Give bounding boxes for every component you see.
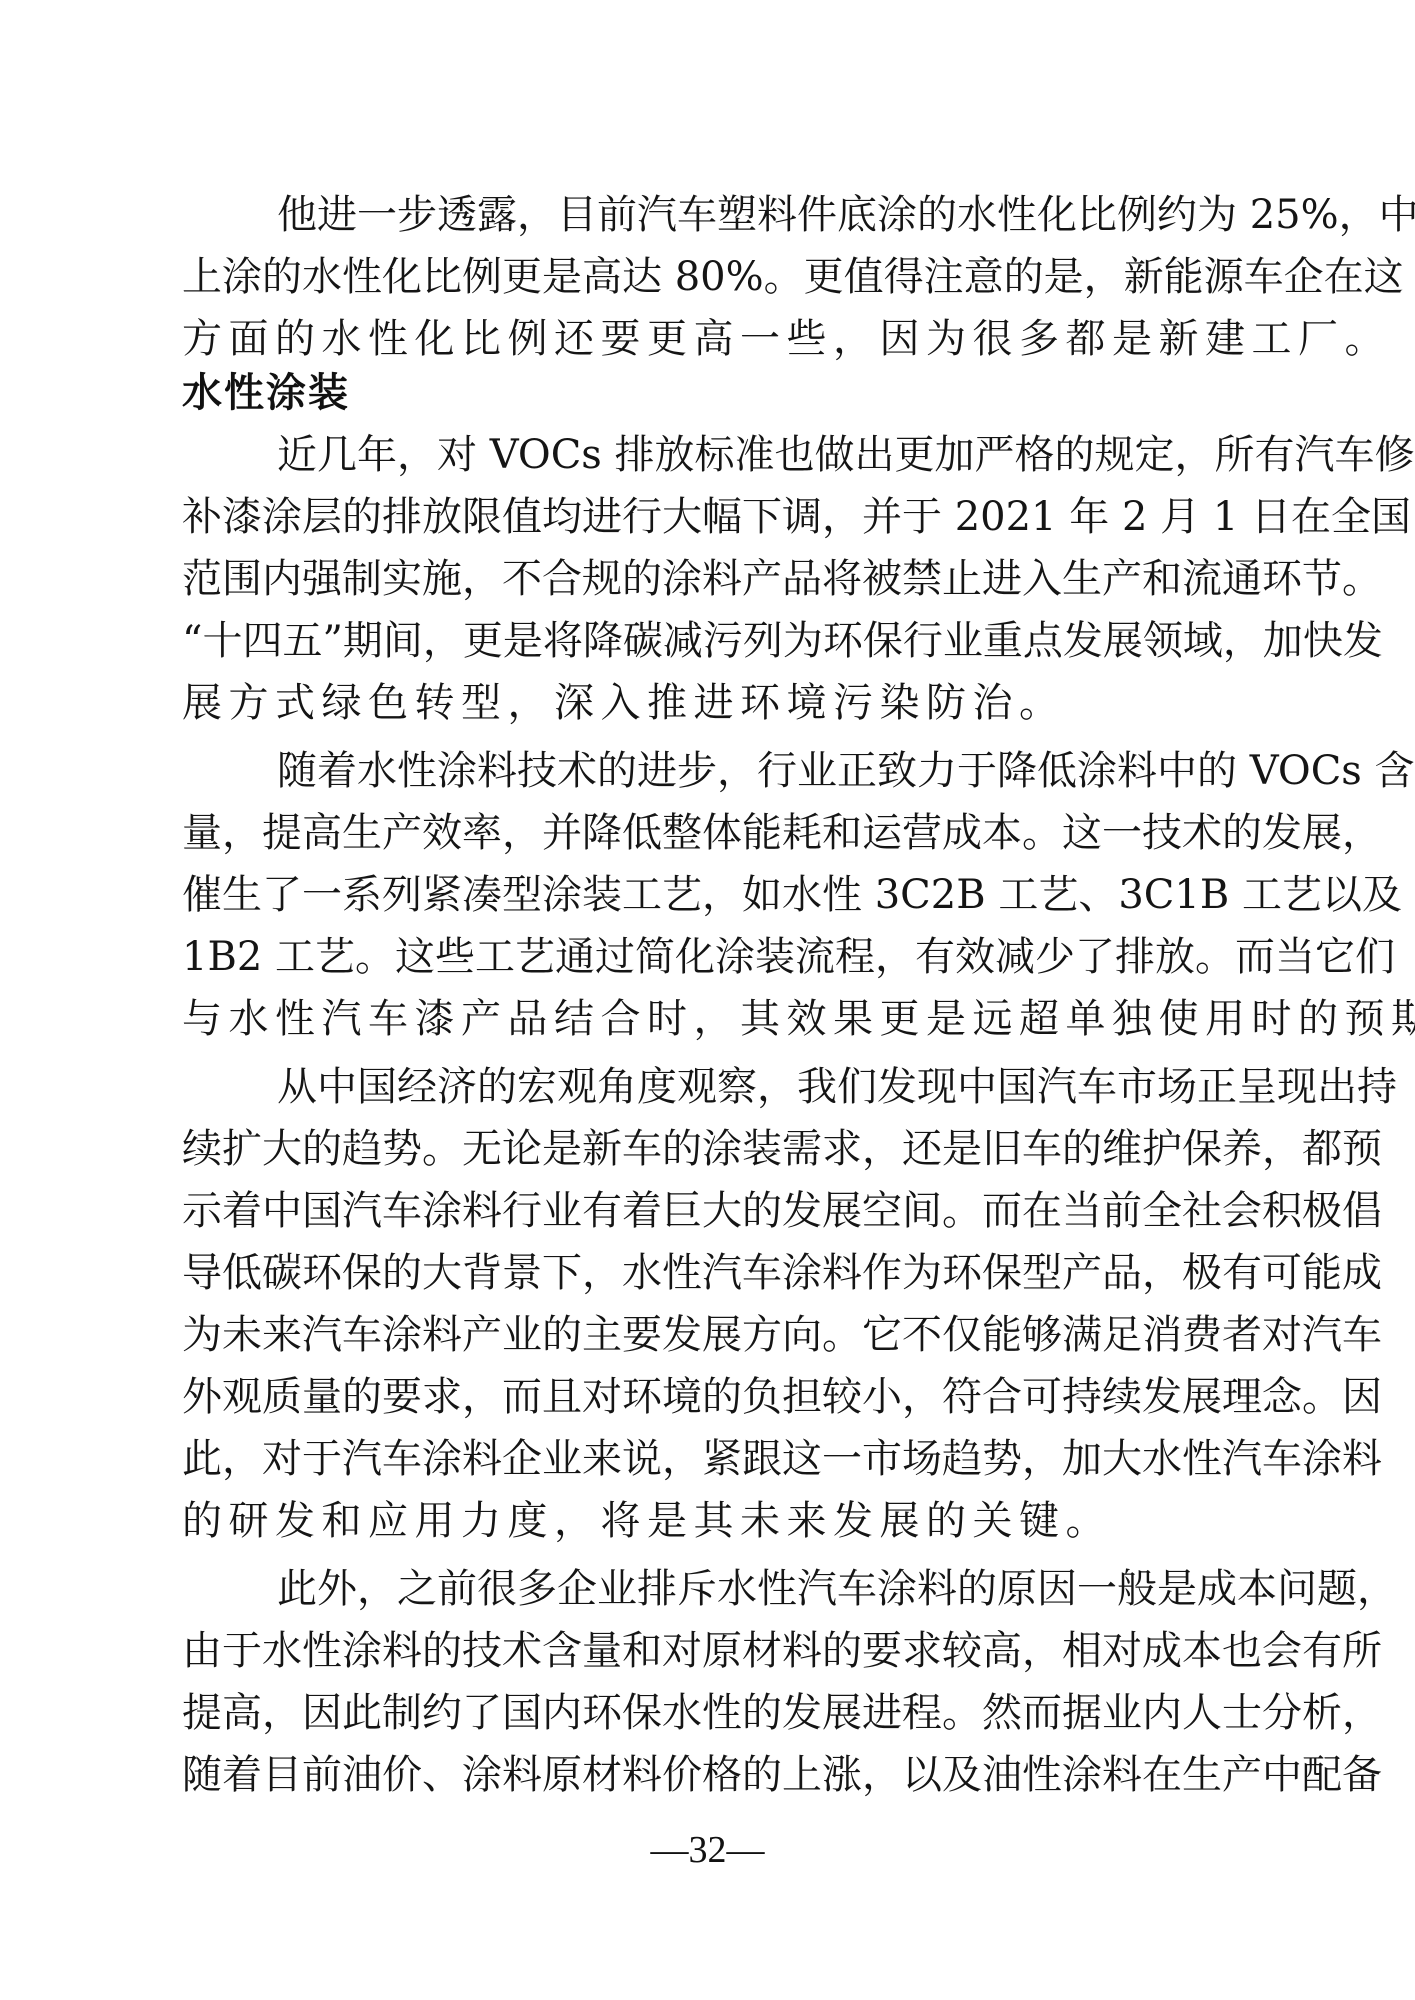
document-page: 他进一步透露，目前汽车塑料件底涂的水性化比例约为 25%，中 上涂的水性化比例更… — [0, 0, 1415, 2000]
paragraph-3-line-4: 1B2 工艺。这些工艺通过简化涂装流程，有效减少了排放。而当它们 — [182, 926, 1234, 988]
paragraph-4-line-6: 外观质量的要求，而且对环境的负担较小，符合可持续发展理念。因 — [182, 1366, 1234, 1428]
paragraph-4-line-1: 从中国经济的宏观角度观察，我们发现中国汽车市场正呈现出持 — [277, 1056, 1234, 1118]
paragraph-5-line-2: 由于水性涂料的技术含量和对原材料的要求较高，相对成本也会有所 — [182, 1620, 1234, 1682]
paragraph-5-line-3: 提高，因此制约了国内环保水性的发展进程。然而据业内人士分析， — [182, 1682, 1234, 1744]
paragraph-4-line-8: 的研发和应用力度，将是其未来发展的关键。 — [182, 1490, 1234, 1552]
paragraph-4-line-7: 此，对于汽车涂料企业来说，紧跟这一市场趋势，加大水性汽车涂料 — [182, 1428, 1234, 1490]
paragraph-3-line-1: 随着水性涂料技术的进步，行业正致力于降低涂料中的 VOCs 含 — [277, 740, 1234, 802]
paragraph-5-line-1: 此外，之前很多企业排斥水性汽车涂料的原因一般是成本问题， — [277, 1558, 1234, 1620]
paragraph-4-line-4: 导低碳环保的大背景下，水性汽车涂料作为环保型产品，极有可能成 — [182, 1242, 1234, 1304]
paragraph-2-line-1: 近几年，对 VOCs 排放标准也做出更加严格的规定，所有汽车修 — [277, 424, 1234, 486]
paragraph-1-line-1: 他进一步透露，目前汽车塑料件底涂的水性化比例约为 25%，中 — [277, 184, 1234, 246]
paragraph-5-line-4: 随着目前油价、涂料原材料价格的上涨，以及油性涂料在生产中配备 — [182, 1744, 1234, 1806]
paragraph-1-line-3: 方面的水性化比例还要更高一些，因为很多都是新建工厂。 — [182, 308, 1234, 370]
paragraph-3-line-2: 量，提高生产效率，并降低整体能耗和运营成本。这一技术的发展， — [182, 802, 1234, 864]
paragraph-4-line-5: 为未来汽车涂料产业的主要发展方向。它不仅能够满足消费者对汽车 — [182, 1304, 1234, 1366]
page-number: —32— — [0, 1828, 1415, 1872]
paragraph-2-line-5: 展方式绿色转型，深入推进环境污染防治。 — [182, 672, 1234, 734]
paragraph-2-line-4: “十四五”期间，更是将降碳减污列为环保行业重点发展领域，加快发 — [182, 610, 1234, 672]
paragraph-1-line-2: 上涂的水性化比例更是高达 80%。更值得注意的是，新能源车企在这 — [182, 246, 1234, 308]
section-heading: 水性涂装 — [182, 362, 350, 424]
paragraph-4-line-2: 续扩大的趋势。无论是新车的涂装需求，还是旧车的维护保养，都预 — [182, 1118, 1234, 1180]
paragraph-2-line-3: 范围内强制实施，不合规的涂料产品将被禁止进入生产和流通环节。 — [182, 548, 1234, 610]
paragraph-4-line-3: 示着中国汽车涂料行业有着巨大的发展空间。而在当前全社会积极倡 — [182, 1180, 1234, 1242]
paragraph-2-line-2: 补漆涂层的排放限值均进行大幅下调，并于 2021 年 2 月 1 日在全国 — [182, 486, 1234, 548]
paragraph-3-line-3: 催生了一系列紧凑型涂装工艺，如水性 3C2B 工艺、3C1B 工艺以及 B — [182, 864, 1234, 926]
paragraph-3-line-5: 与水性汽车漆产品结合时，其效果更是远超单独使用时的预期。 — [182, 988, 1234, 1050]
